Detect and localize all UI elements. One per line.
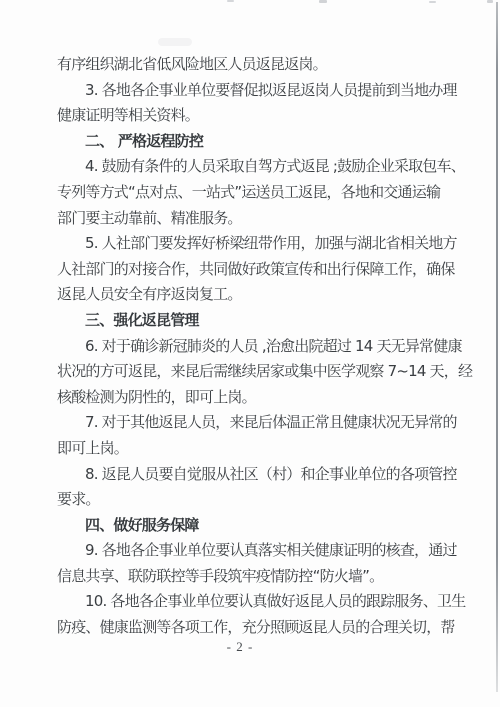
scan-speck-artifact [487,0,493,3]
text-line: 10. 各地各企事业单位要认真做好返昆人员的跟踪服务、卫生 [57,589,447,615]
text-line: 5. 人社部门要发挥好桥梁纽带作用，加强与湖北省相关地方 [57,231,447,257]
scan-speck-artifact [227,0,234,2]
text-line: 即可上岗。 [57,436,447,462]
text-line: 9. 各地各企事业单位要认真落实相关健康证明的核查，通过 [57,538,447,564]
text-line: 6. 对于确诊新冠肺炎的人员 ,治愈出院超过 14 天无异常健康 [57,334,447,360]
scan-speck-artifact [319,0,327,3]
scan-speck-artifact [429,1,436,3]
text-line: 7. 对于其他返昆人员，来昆后体温正常且健康状况无异常的 [57,410,447,436]
text-line: 3. 各地各企事业单位要督促拟返昆返岗人员提前到当地办理 [57,78,447,104]
scan-smudge-artifact [158,38,192,46]
text-line: 有序组织湖北省低风险地区人员返昆返岗。 [57,52,447,78]
text-line: 人社部门的对接合作，共同做好政策宣传和出行保障工作，确保 [57,257,447,283]
text-line: 8. 返昆人员要自觉服从社区（村）和企事业单位的各项管控 [57,462,447,488]
text-line: 4. 鼓励有条件的人员采取自驾方式返昆 ;鼓励企业采取包车、 [57,154,447,180]
text-line: 部门要主动靠前、精准服务。 [57,206,447,232]
text-line: 专列等方式“点对点、一站式”运送员工返昆，各地和交通运输 [57,180,447,206]
document-body: 有序组织湖北省低风险地区人员返昆返岗。 3. 各地各企事业单位要督促拟返昆返岗人… [57,52,447,641]
heading-section-3: 三、强化返昆管理 [57,308,447,334]
text-line: 核酸检测为阴性的，即可上岗。 [57,385,447,411]
scanned-document-page: 有序组织湖北省低风险地区人员返昆返岗。 3. 各地各企事业单位要督促拟返昆返岗人… [0,0,500,707]
text-line: 状况的方可返昆，来昆后需继续居家或集中医学观察 7~14 天，经 [57,359,447,385]
text-line: 返昆人员安全有序返岗复工。 [57,282,447,308]
text-line: 健康证明等相关资料。 [57,103,447,129]
heading-section-2: 二、 严格返程防控 [57,129,447,155]
text-line: 信息共享、联防联控等手段筑牢疫情防控“防火墙”。 [57,564,447,590]
scan-edge-line-artifact [496,2,498,692]
heading-section-4: 四、做好服务保障 [57,513,447,539]
text-line: 要求。 [57,487,447,513]
page-number: - 2 - [0,636,480,658]
